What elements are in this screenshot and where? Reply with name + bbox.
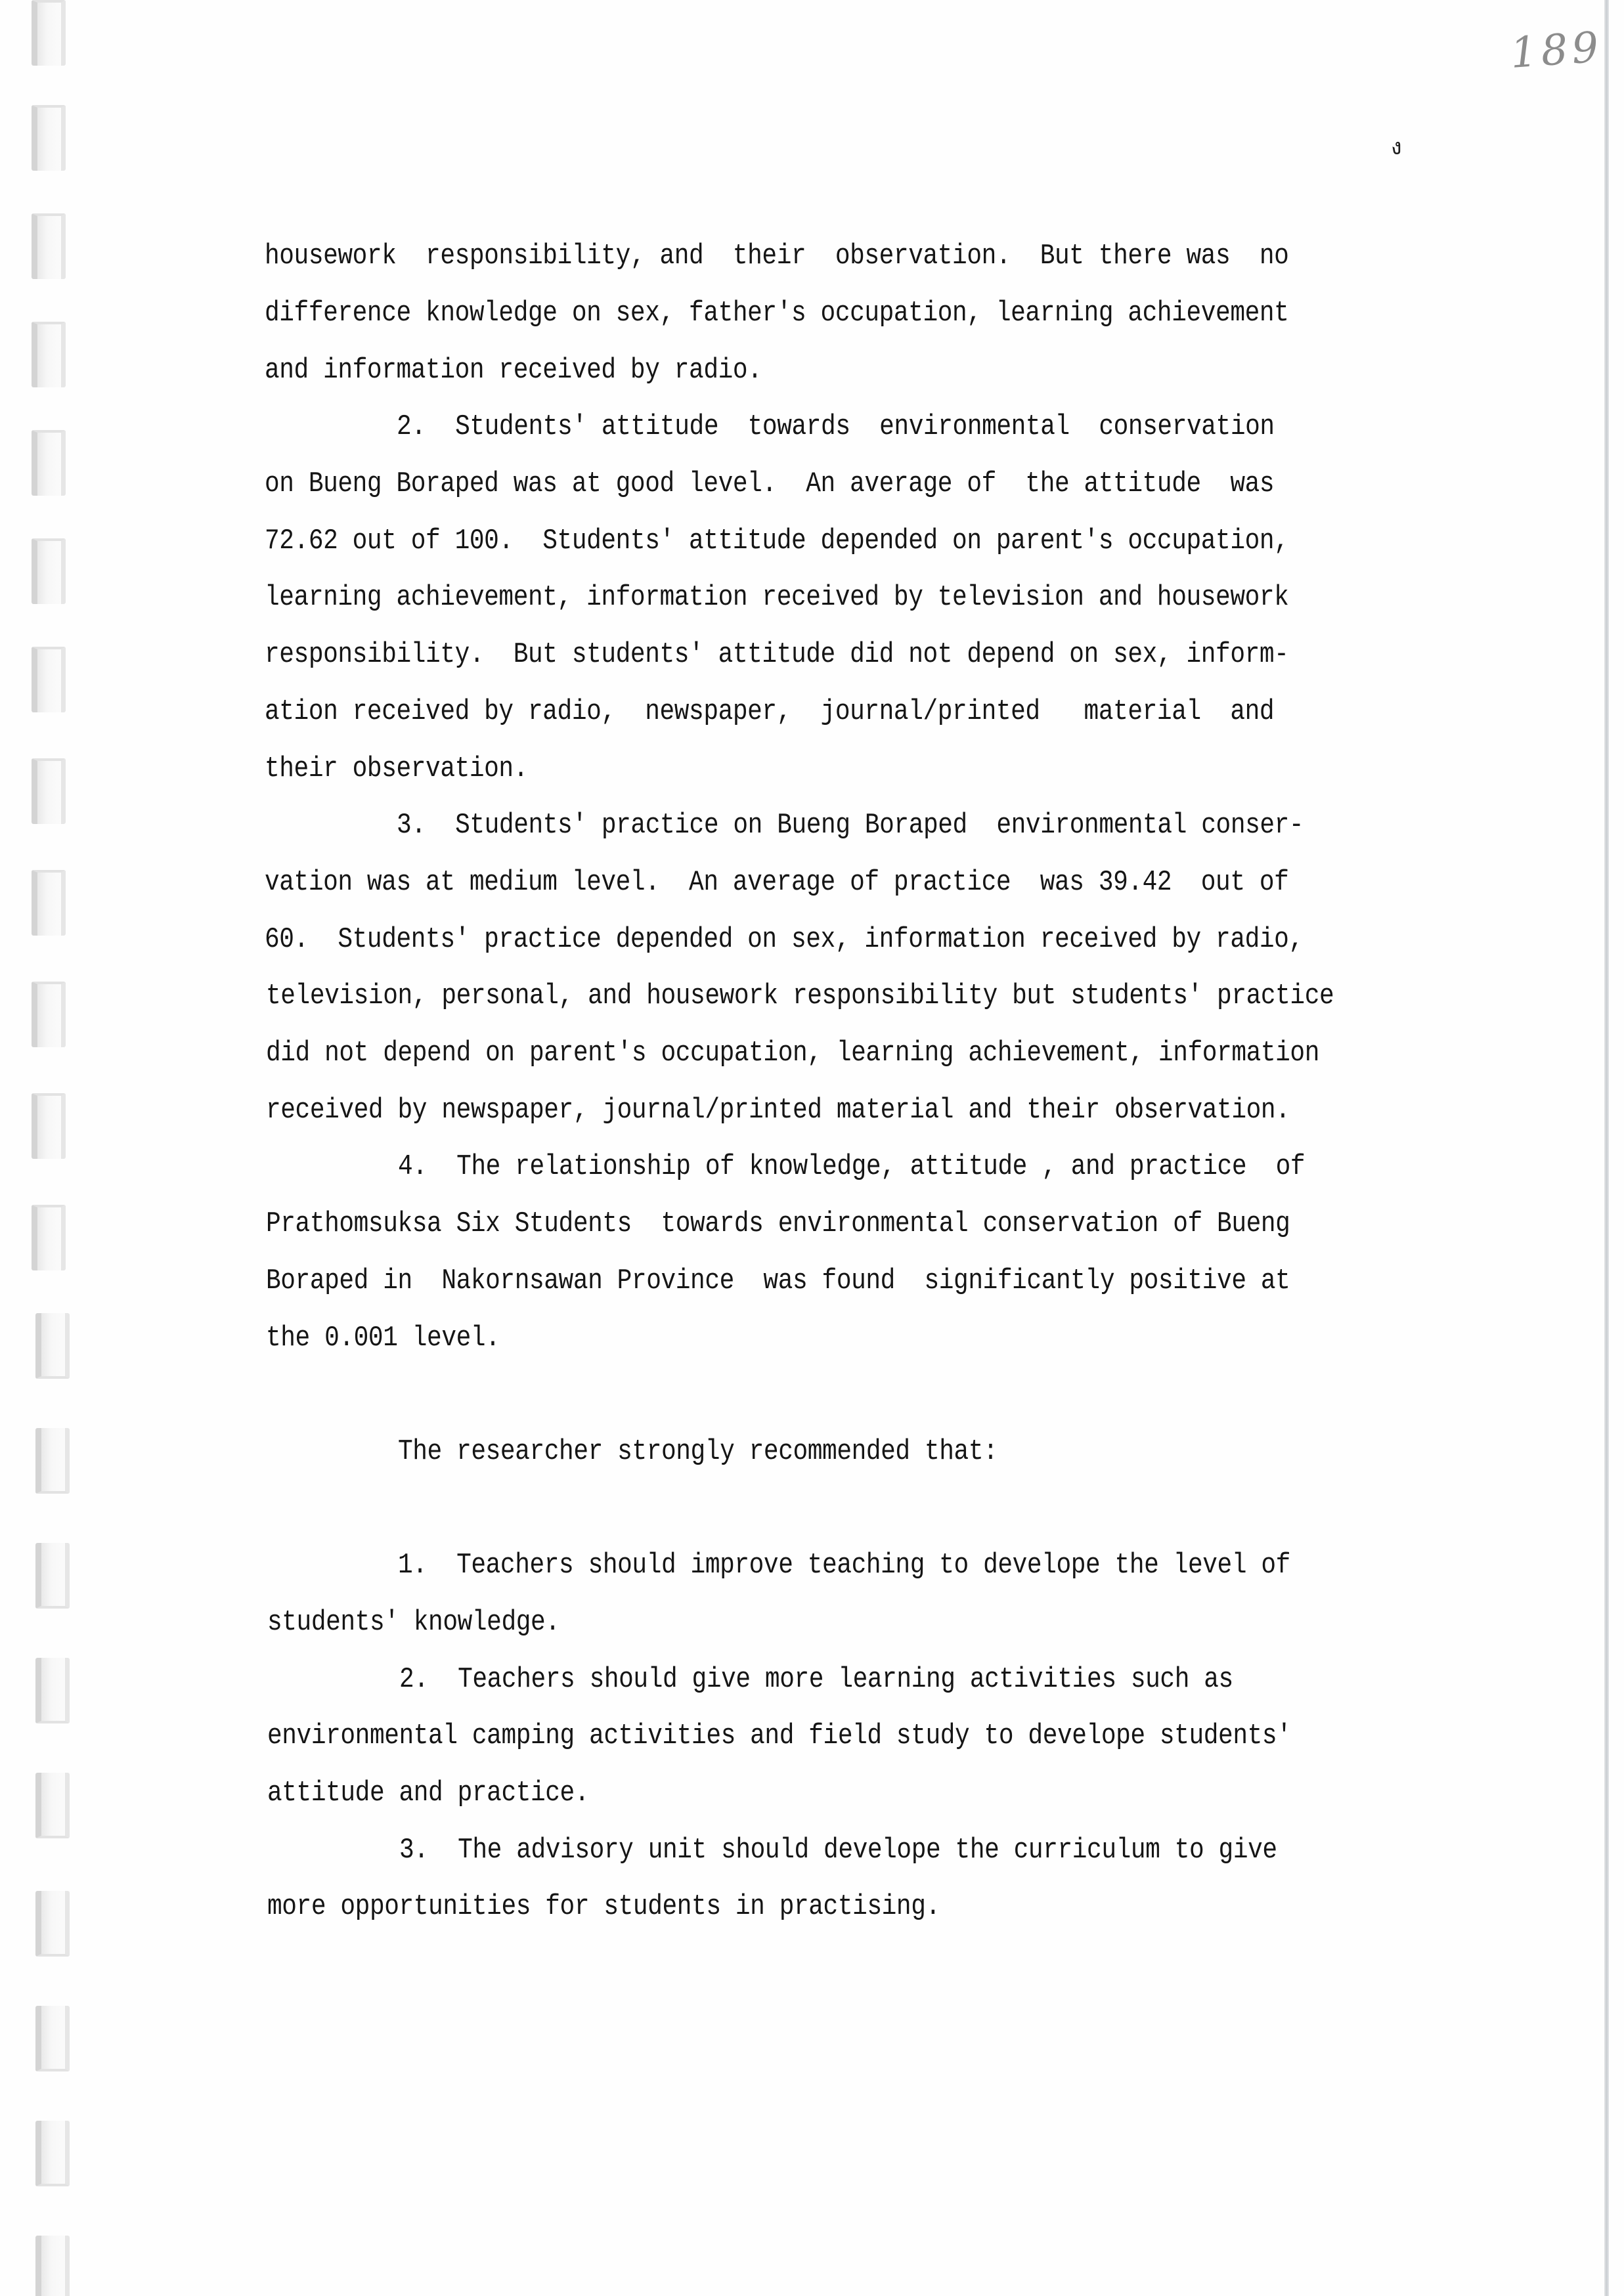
binding-ring-mark bbox=[32, 1205, 66, 1270]
binding-ring-mark bbox=[32, 0, 66, 66]
binding-ring-mark bbox=[32, 538, 66, 604]
binding-ring-mark bbox=[35, 1891, 70, 1957]
text-line: Boraped in Nakornsawan Province was foun… bbox=[266, 1267, 1290, 1295]
binding-ring-mark bbox=[35, 1543, 70, 1609]
binding-ring-mark bbox=[32, 647, 66, 712]
text-line: students' knowledge. bbox=[267, 1608, 560, 1637]
binding-ring-mark bbox=[35, 2236, 70, 2296]
thai-page-mark: ง bbox=[1391, 129, 1402, 164]
text-line: learning achievement, information receiv… bbox=[265, 583, 1288, 612]
binding-ring-mark bbox=[35, 1658, 70, 1723]
text-line: 72.62 out of 100. Students' attitude dep… bbox=[265, 527, 1288, 555]
handwritten-page-number: 189 bbox=[1509, 23, 1604, 78]
binding-ring-mark bbox=[32, 322, 66, 387]
text-line: on Bueng Boraped was at good level. An a… bbox=[265, 469, 1274, 498]
text-line: did not depend on parent's occupation, l… bbox=[266, 1039, 1319, 1068]
text-line: 4. The relationship of knowledge, attitu… bbox=[398, 1152, 1305, 1181]
binding-ring-mark bbox=[35, 2121, 70, 2186]
binding-ring-mark bbox=[32, 982, 66, 1047]
binding-ring-mark bbox=[32, 758, 66, 824]
text-line: environmental camping activities and fie… bbox=[267, 1722, 1291, 1750]
binding-ring-mark bbox=[35, 2006, 70, 2071]
binding-ring-mark bbox=[32, 1093, 66, 1159]
binding-ring-mark bbox=[32, 105, 66, 171]
text-line: received by newspaper, journal/printed m… bbox=[266, 1096, 1290, 1125]
text-line: 60. Students' practice depended on sex, … bbox=[265, 925, 1304, 954]
binding-ring-mark bbox=[32, 213, 66, 279]
text-line: 2. Students' attitude towards environmen… bbox=[397, 412, 1275, 441]
binding-ring-mark bbox=[32, 430, 66, 496]
text-line: more opportunities for students in pract… bbox=[267, 1892, 940, 1921]
text-line: and information received by radio. bbox=[265, 356, 762, 385]
text-line: responsibility. But students' attitude d… bbox=[265, 640, 1288, 669]
binding-ring-mark bbox=[35, 1428, 70, 1494]
scan-edge-line bbox=[1604, 0, 1609, 2296]
text-line: the 0.001 level. bbox=[266, 1324, 500, 1353]
text-line: housework responsibility, and their obse… bbox=[265, 242, 1288, 271]
binding-ring-mark bbox=[32, 870, 66, 936]
text-line: 3. The advisory unit should develope the… bbox=[399, 1836, 1277, 1865]
text-line: The researcher strongly recommended that… bbox=[398, 1437, 998, 1466]
binding-ring-mark bbox=[35, 1773, 70, 1838]
text-line: their observation. bbox=[265, 754, 528, 783]
text-line: 2. Teachers should give more learning ac… bbox=[399, 1665, 1233, 1694]
text-line: 1. Teachers should improve teaching to d… bbox=[398, 1551, 1290, 1580]
binding-ring-mark bbox=[35, 1313, 70, 1379]
text-line: ation received by radio, newspaper, jour… bbox=[265, 697, 1274, 726]
text-line: television, personal, and housework resp… bbox=[266, 982, 1334, 1010]
ring-binding bbox=[32, 0, 71, 2296]
text-line: Prathomsuksa Six Students towards enviro… bbox=[266, 1209, 1290, 1238]
text-line: 3. Students' practice on Bueng Boraped e… bbox=[397, 811, 1304, 840]
text-line: difference knowledge on sex, father's oc… bbox=[265, 299, 1288, 328]
text-line: vation was at medium level. An average o… bbox=[265, 868, 1288, 897]
text-line: attitude and practice. bbox=[267, 1779, 589, 1808]
scanned-document-page: 189 ง housework responsibility, and thei… bbox=[0, 0, 1624, 2296]
